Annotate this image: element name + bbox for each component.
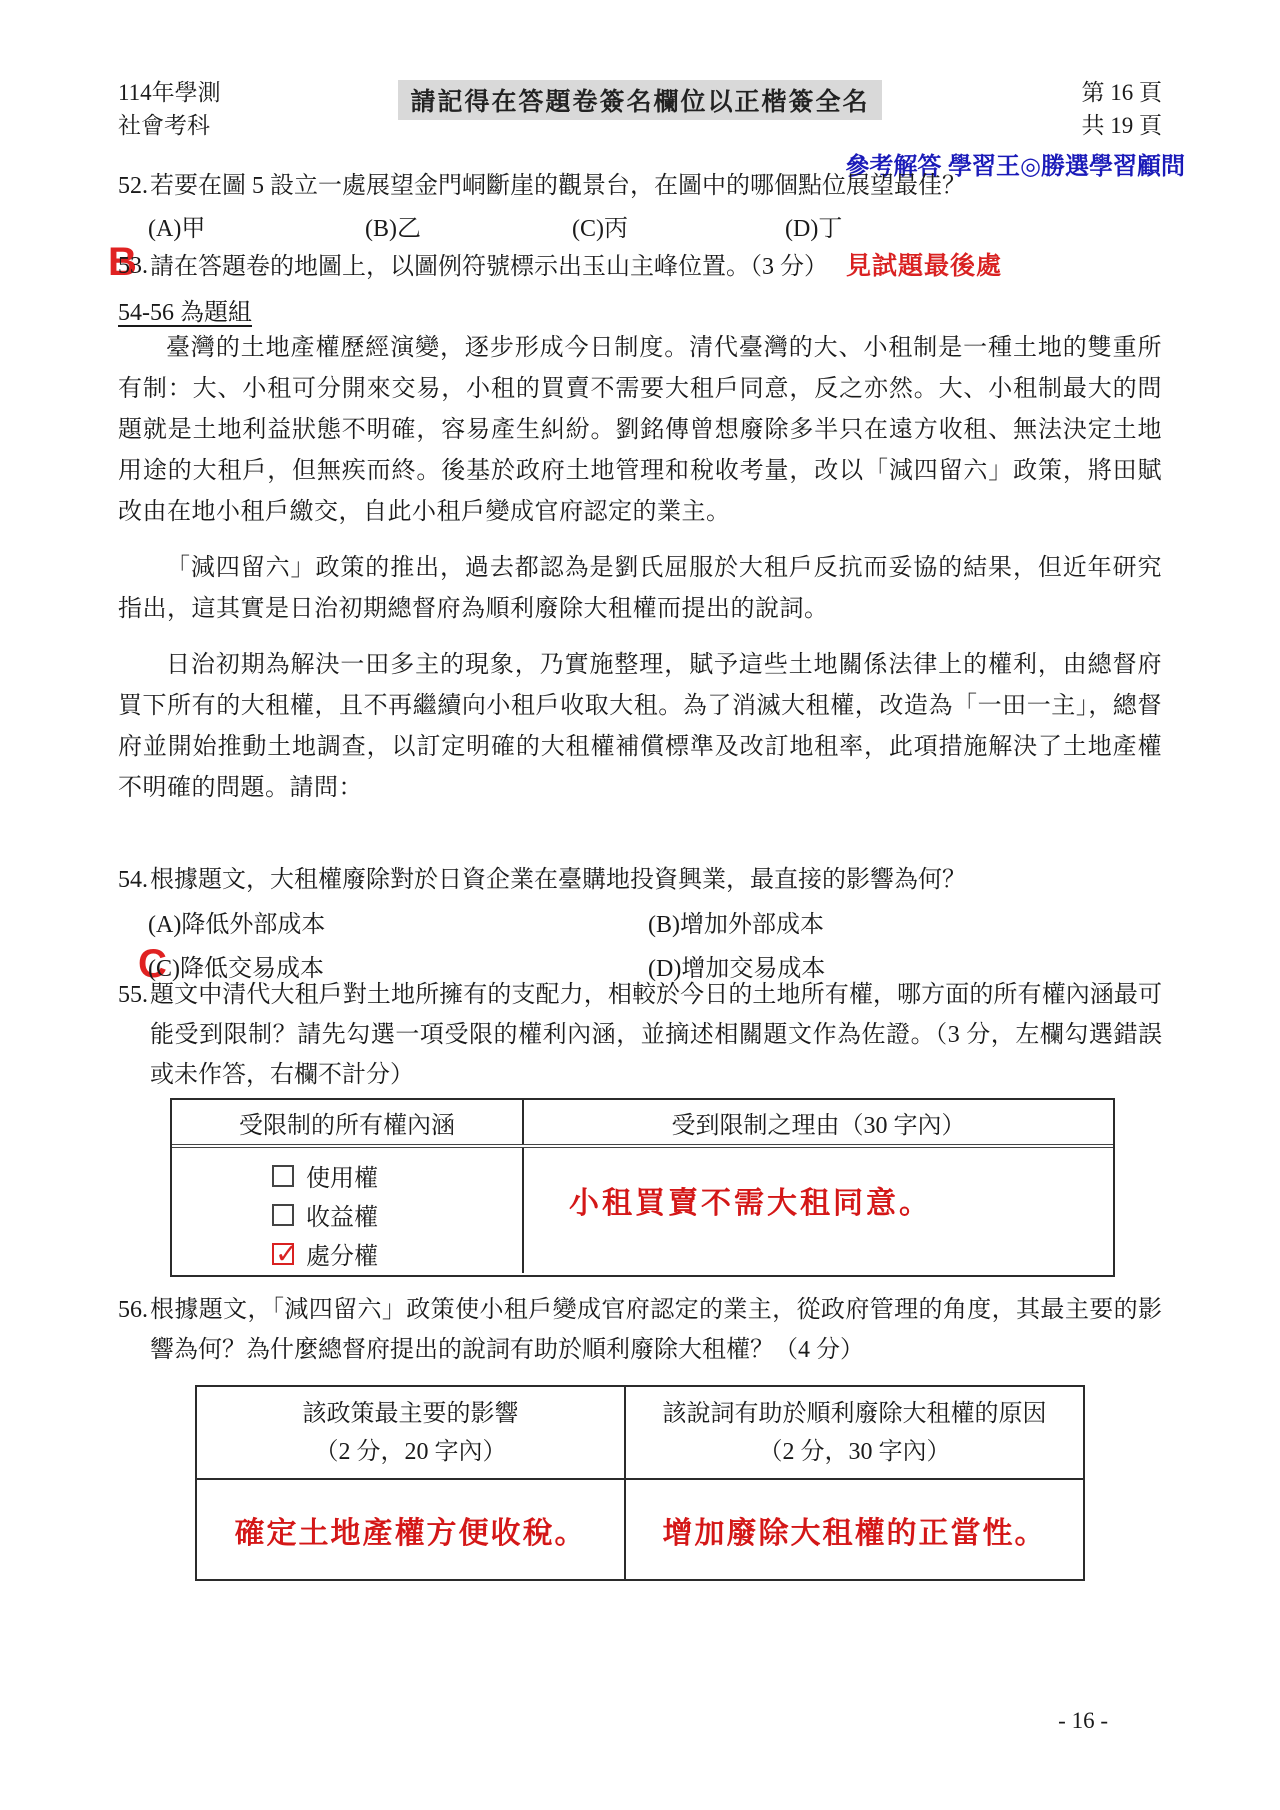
question-53-text: 請在答題卷的地圖上，以圖例符號標示出玉山主峰位置。（3 分） <box>150 254 828 280</box>
question-52-options: B (A)甲 (B)乙 (C)丙 (D)丁 <box>118 208 1162 246</box>
question-56-number: 56. <box>118 1290 148 1330</box>
question-56-answer-left: 確定土地產權方便收稅。 <box>235 1508 587 1552</box>
checkbox-label: 收益權 <box>306 1197 378 1232</box>
checkbox-row-income-right: 收益權 <box>272 1195 422 1234</box>
passage-paragraph-3: 日治初期為解決一田多主的現象，乃實施整理，賦予這些土地關係法律上的權利，由總督府… <box>118 645 1162 809</box>
passage-paragraph-1: 臺灣的土地產權歷經演變，逐步形成今日制度。清代臺灣的大、小租制是一種土地的雙重所… <box>118 328 1162 533</box>
option-52-d: (D)丁 <box>785 208 842 243</box>
signature-notice: 請記得在答題卷簽名欄位以正楷簽全名 <box>118 80 1162 120</box>
table2-header-left: 該政策最主要的影響 （2 分，20 字內） <box>197 1387 626 1478</box>
question-56-text: 根據題文，「減四留六」政策使小租戶變成官府認定的業主，從政府管理的角度，其最主要… <box>150 1297 1162 1363</box>
question-52-number: 52. <box>118 168 148 204</box>
passage-paragraph-2: 「減四留六」政策的推出，過去都認為是劉氏屈服於大租戶反抗而妥協的結果，但近年研究… <box>118 548 1162 630</box>
question-52-text: 若要在圖 5 設立一處展望金門峒斷崖的觀景台，在圖中的哪個點位展望最佳？ <box>150 173 966 199</box>
option-54-b: (B)增加外部成本 <box>648 904 824 939</box>
question-56-answer-table: 該政策最主要的影響 （2 分，20 字內） 該說詞有助於順利廢除大租權的原因 （… <box>195 1385 1085 1581</box>
checkbox-row-disposal-right: 處分權 <box>272 1234 422 1273</box>
question-52: 52. 若要在圖 5 設立一處展望金門峒斷崖的觀景台，在圖中的哪個點位展望最佳？… <box>118 168 1162 246</box>
reading-passage: 臺灣的土地產權歷經演變，逐步形成今日制度。清代臺灣的大、小租制是一種土地的雙重所… <box>118 328 1162 824</box>
table2-header-left-line1: 該政策最主要的影響 <box>303 1395 519 1433</box>
option-54-a: (A)降低外部成本 <box>148 904 325 939</box>
question-group-heading: 54-56 為題組 <box>118 292 252 327</box>
question-55-reason-answer: 小租買賣不需大租同意。 <box>524 1148 1113 1222</box>
table2-header-left-line2: （2 分，20 字內） <box>315 1433 507 1471</box>
page-number-footer: - 16 - <box>1058 1708 1108 1734</box>
page-indicator: 第 16 頁 共 19 頁 <box>1082 76 1163 142</box>
option-52-a: (A)甲 <box>148 208 205 243</box>
checkbox-icon <box>272 1165 294 1187</box>
question-55-answer-table: 受限制的所有權內涵 受到限制之理由（30 字內） 使用權 收益權 處分權 小 <box>170 1098 1115 1277</box>
page-total: 共 19 頁 <box>1082 109 1163 142</box>
question-55-text: 題文中清代大租戶對土地所擁有的支配力，相較於今日的土地所有權，哪方面的所有權內涵… <box>150 982 1162 1088</box>
question-55-number: 55. <box>118 975 148 1015</box>
checkbox-icon <box>272 1204 294 1226</box>
rights-checkbox-group: 使用權 收益權 處分權 <box>172 1148 524 1273</box>
option-52-c: (C)丙 <box>572 208 628 243</box>
exam-page: 114年學測 社會考科 請記得在答題卷簽名欄位以正楷簽全名 第 16 頁 共 1… <box>0 0 1280 1810</box>
option-52-b: (B)乙 <box>365 208 421 243</box>
question-54-number: 54. <box>118 862 148 898</box>
page-current: 第 16 頁 <box>1082 76 1163 109</box>
question-53-number: 53. <box>118 248 148 284</box>
question-56: 56. 根據題文，「減四留六」政策使小租戶變成官府認定的業主，從政府管理的角度，… <box>118 1290 1162 1370</box>
question-56-answer-right: 增加廢除大租權的正當性。 <box>663 1508 1047 1552</box>
checkbox-icon <box>272 1243 294 1265</box>
checkbox-label: 處分權 <box>306 1236 378 1271</box>
table2-header-right: 該說詞有助於順利廢除大租權的原因 （2 分，30 字內） <box>626 1387 1083 1478</box>
table2-header-right-line2: （2 分，30 字內） <box>759 1433 951 1471</box>
table2-header-right-line1: 該說詞有助於順利廢除大租權的原因 <box>663 1395 1047 1433</box>
question-54: 54. 根據題文，大租權廢除對於日資企業在臺購地投資興業，最直接的影響為何？ C… <box>118 862 1162 988</box>
question-53-answer-note: 見試題最後處 <box>846 252 1002 280</box>
checkbox-label: 使用權 <box>306 1158 378 1193</box>
signature-notice-text: 請記得在答題卷簽名欄位以正楷簽全名 <box>398 80 881 120</box>
question-54-text: 根據題文，大租權廢除對於日資企業在臺購地投資興業，最直接的影響為何？ <box>150 867 966 893</box>
question-55: 55. 題文中清代大租戶對土地所擁有的支配力，相較於今日的土地所有權，哪方面的所… <box>118 975 1162 1095</box>
checkbox-row-use-right: 使用權 <box>272 1156 422 1195</box>
table1-header-right: 受到限制之理由（30 字內） <box>524 1100 1113 1144</box>
question-53: 53. 請在答題卷的地圖上，以圖例符號標示出玉山主峰位置。（3 分） 見試題最後… <box>118 248 1162 285</box>
table1-header-left: 受限制的所有權內涵 <box>172 1100 524 1144</box>
